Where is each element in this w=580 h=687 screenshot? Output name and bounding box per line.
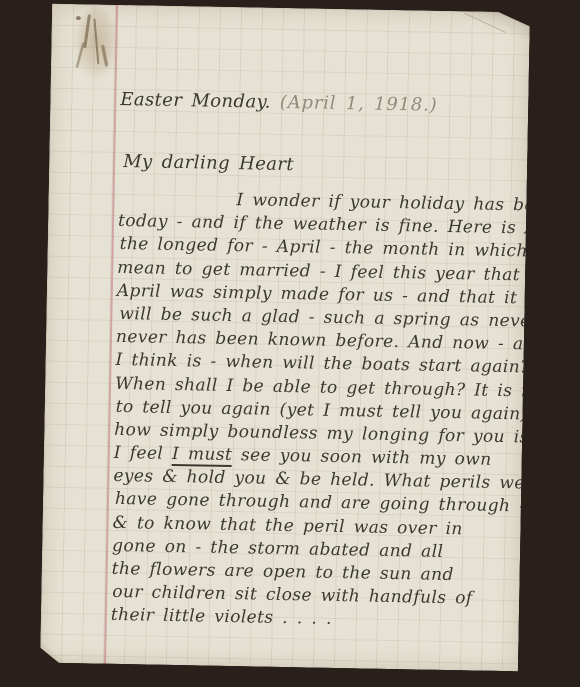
date-pencil-annotation: (April 1, 1918.) — [280, 92, 438, 116]
line-text: see you soon with my own — [232, 445, 492, 470]
bottom-left-fold — [40, 643, 66, 663]
stain-mark — [76, 16, 81, 20]
letter-photo: Easter Monday.(April 1, 1918.) My darlin… — [0, 0, 580, 687]
letter-body: I wonder if your holiday has begun today… — [111, 187, 523, 635]
salutation: My darling Heart — [123, 151, 294, 175]
underlined-phrase: I must — [172, 444, 233, 467]
line-text: I feel — [114, 443, 173, 464]
letter-paper: Easter Monday.(April 1, 1918.) My darlin… — [40, 4, 530, 672]
date-main: Easter Monday. — [120, 89, 271, 113]
